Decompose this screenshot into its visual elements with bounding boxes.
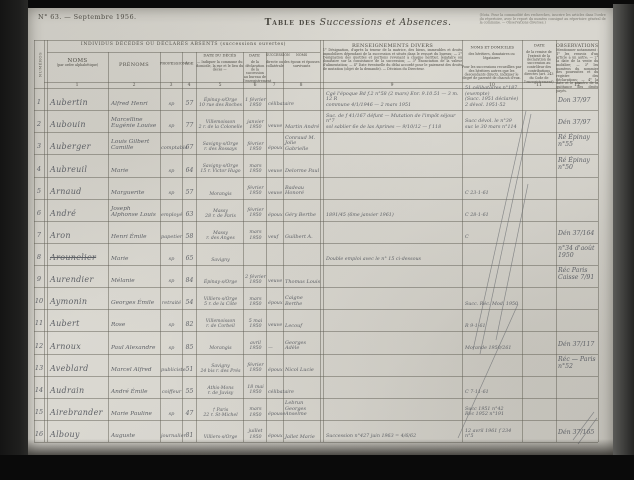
cell-spouse-name: Lecouf bbox=[285, 324, 321, 330]
scan-top-black-margin bbox=[0, 0, 634, 8]
cell-age: 77 bbox=[183, 122, 196, 129]
header-heritiers-text: Pour les successions recueillies par des… bbox=[462, 66, 522, 81]
cell-row-number: 14 bbox=[34, 386, 44, 394]
cell-firstnames: Marcelline Eugénie Louise bbox=[111, 117, 159, 129]
cell-row-number: 3 bbox=[34, 142, 44, 150]
table-row: 6 André Joseph Alphonse Louis employé 63… bbox=[34, 199, 598, 221]
cell-age: 51 bbox=[183, 366, 196, 373]
cell-age: 47 bbox=[183, 410, 196, 417]
cell-row-number: 15 bbox=[34, 408, 44, 416]
cell-heritiers: Succ. Réc. Mod. 1950 bbox=[465, 302, 521, 308]
column-number: 6 bbox=[254, 83, 257, 88]
header-declaration-sub: de la déclaration de la succession au bu… bbox=[243, 61, 266, 83]
cell-firstnames: Joseph Alphonse Louis bbox=[111, 206, 159, 218]
cell-age: 67 bbox=[183, 144, 196, 151]
cell-surname: Audrain bbox=[50, 386, 108, 395]
header-numeros-label: NUMÉROS bbox=[38, 45, 43, 85]
cell-renseignements: Cgé l'époque Bd f.2 n°58 (2 mars) Enr. 9… bbox=[326, 92, 460, 109]
cell-surname: Aurendier bbox=[50, 275, 108, 284]
cell-marital-status: veuve bbox=[268, 169, 283, 174]
table-row: 10 Aymonin Georges Émile retraité 54 Vil… bbox=[34, 287, 598, 309]
cell-heritiers: C 23-1-61 bbox=[465, 191, 521, 197]
cell-heritiers: Morande 1950/261 bbox=[465, 346, 521, 352]
cell-firstnames: Rose bbox=[111, 322, 159, 328]
cell-row-number: 8 bbox=[34, 253, 44, 261]
cell-heritiers: C 7-11-61 bbox=[465, 390, 521, 396]
cell-surname: Aubert bbox=[50, 319, 108, 328]
cell-surname: Aymonin bbox=[50, 297, 108, 306]
cell-domicile: Villemoisson 2 r. de la Colonelle bbox=[198, 120, 243, 130]
cell-row-number: 6 bbox=[34, 209, 44, 217]
cell-surname: Aubouin bbox=[50, 120, 108, 129]
table-row: 5 Arnaud Marguerite sp 57 Morangis févri… bbox=[34, 177, 598, 199]
cell-firstnames: Marguerite bbox=[111, 190, 159, 196]
cell-firstnames: Marcel Alfred bbox=[111, 367, 159, 373]
header-age: ÂGE bbox=[182, 62, 196, 69]
header-succession-label: SUCCESSION bbox=[266, 54, 283, 58]
cell-spouse-name: Thomas Louis bbox=[285, 280, 321, 286]
cell-domicile: Épinay-s/Orge 10 rue des Roches bbox=[198, 98, 243, 108]
cell-row-number: 1 bbox=[34, 98, 44, 106]
cell-observations: Dén 37/165 bbox=[558, 429, 597, 436]
cell-profession: employé bbox=[161, 212, 182, 218]
cell-spouse-name: Badeau Honoré bbox=[285, 186, 321, 197]
cell-death-date: avril 1950 bbox=[244, 341, 267, 352]
cell-observations: Ré Épinay n°55 bbox=[558, 134, 597, 148]
cell-profession: sp bbox=[161, 278, 182, 284]
cell-age: 82 bbox=[183, 321, 196, 328]
cell-surname: Aron bbox=[50, 231, 108, 240]
cell-domicile: Savigny bbox=[198, 258, 243, 263]
column-number: 1 bbox=[76, 83, 79, 88]
cell-death-date: mars 1950 bbox=[244, 407, 267, 418]
cell-marital-status: veuve bbox=[268, 191, 283, 196]
cell-row-number: 12 bbox=[34, 342, 44, 350]
corner-note: (Nota. Pour la commodité des recherches,… bbox=[480, 14, 606, 34]
cell-domicile: Morangis bbox=[198, 346, 243, 351]
cell-firstnames: Marie Pauline bbox=[111, 411, 159, 417]
table-row: 4 Aubreuil Marie sp 64 Savigny-s/Orge 15… bbox=[34, 154, 598, 176]
cell-observations: Dén 37/117 bbox=[558, 341, 597, 348]
cell-firstnames: Louis Gilbert Camille bbox=[111, 139, 159, 151]
cell-spouse-name: Georges Adèle bbox=[285, 341, 321, 352]
header-conjoint-label: NOMS bbox=[283, 54, 320, 58]
scan-bottom-black-margin bbox=[0, 455, 634, 480]
cell-age: 81 bbox=[183, 432, 196, 439]
column-number: 11 bbox=[536, 83, 542, 88]
cell-domicile: Savigny-s/Orge 15 r. Victor Hugo bbox=[198, 164, 243, 174]
cell-profession: papetier bbox=[161, 234, 182, 240]
page-title-main: Successions et Absences. bbox=[320, 17, 452, 28]
cell-marital-status: veuve bbox=[268, 323, 283, 328]
cell-death-date: mars 1950 bbox=[244, 164, 267, 175]
header-succession: SUCCESSION directe ou collatérale bbox=[266, 54, 283, 74]
header-conjoint: NOMS des époux et épouses survivants bbox=[283, 54, 320, 74]
cell-surname: André bbox=[50, 209, 108, 218]
cell-profession: sp bbox=[161, 411, 182, 417]
register-page: N° 63. — Septembre 1956. Table des Succe… bbox=[28, 8, 613, 455]
cell-domicile: Épinay-s/Orge bbox=[198, 280, 243, 285]
header-remise-sub: de la remise de l'extrait de la déclarat… bbox=[522, 51, 556, 84]
table-row: 9 Aurendier Mélanie sp 84 Épinay-s/Orge … bbox=[34, 265, 598, 287]
cell-heritiers: R 9-1-61 bbox=[465, 324, 521, 330]
cell-domicile: Massy 28 r. de Paris bbox=[198, 209, 243, 219]
cell-profession: sp bbox=[161, 190, 182, 196]
cell-firstnames: Marie bbox=[111, 256, 159, 262]
cell-row-number: 16 bbox=[34, 430, 44, 438]
cell-profession: sp bbox=[161, 123, 182, 129]
header-prenoms: PRÉNOMS bbox=[108, 62, 160, 68]
cell-firstnames: Paul Alexandre bbox=[111, 345, 159, 351]
table-row: 8 Arounelier Marie sp 65 Savigny Double … bbox=[34, 243, 598, 265]
cell-death-date: février 1950 bbox=[244, 142, 267, 153]
table-row: 2 Aubouin Marcelline Eugénie Louise sp 7… bbox=[34, 110, 598, 132]
cell-profession: sp bbox=[161, 256, 182, 262]
cell-profession: publiciste bbox=[161, 367, 182, 373]
column-number: 2 bbox=[133, 83, 136, 88]
cell-spouse-name: Nicol Lucie bbox=[285, 368, 321, 374]
cell-death-date: 1 février 1950 bbox=[244, 98, 267, 109]
column-number: 5 bbox=[219, 83, 222, 88]
cell-observations: Dén 37/97 bbox=[558, 119, 597, 126]
cell-profession: sp bbox=[161, 322, 182, 328]
cell-observations: Ré Épinay n°50 bbox=[558, 157, 597, 171]
page-title-prefix: Table des bbox=[265, 18, 316, 28]
cell-heritiers: Succ 1951 n°42 Réc 1952 n°191 bbox=[465, 407, 521, 418]
cell-age: 57 bbox=[183, 189, 196, 196]
cell-profession: sp bbox=[161, 101, 182, 107]
header-conjoint-sub: des époux et épouses survivants bbox=[283, 61, 320, 68]
cell-domicile: Villiers-s/Orge 5 r. de la Côte bbox=[198, 297, 243, 307]
cell-surname: Aubertin bbox=[50, 98, 108, 107]
cell-death-date: 18 mai 1950 bbox=[244, 385, 267, 396]
cell-heritiers: Succ dévol. le n°39 suc le 30 mars n°114 bbox=[465, 119, 521, 130]
column-number: 4 bbox=[188, 83, 191, 88]
cell-death-date: février 1950 bbox=[244, 363, 267, 374]
cell-observations: Réc Paris Caisse 7/91 bbox=[558, 267, 597, 281]
cell-spouse-name: Conraud M. Jolie Gabrielle bbox=[285, 136, 321, 153]
header-deces-sub: — Indiquer la commune du domicile, la ru… bbox=[196, 61, 243, 72]
cell-row-number: 9 bbox=[34, 275, 44, 283]
header-renseignements-text: 1° Désignation, d'après la teneur de la … bbox=[323, 49, 462, 71]
cell-age: 55 bbox=[183, 388, 196, 395]
cell-spouse-name: Géry Berthe bbox=[285, 213, 321, 219]
header-deces-label: DATE DU DÉCÈS bbox=[196, 54, 243, 58]
registry-table: NUMÉROS INDIVIDUS DÉCÉDÉS OU DÉCLARÉS AB… bbox=[34, 40, 598, 442]
cell-age: 57 bbox=[183, 100, 196, 107]
cell-firstnames: André Émile bbox=[111, 389, 159, 395]
cell-observations: Don 37/97 bbox=[558, 97, 597, 104]
column-number: 3 bbox=[170, 83, 173, 88]
cell-profession: comptable bbox=[161, 145, 182, 151]
table-row: 11 Aubert Rose sp 82 Villemoisson r. de … bbox=[34, 309, 598, 331]
cell-renseignements: Double emploi avec le n° 15 ci-dessous bbox=[326, 257, 460, 263]
corner-note-text: (Nota. Pour la commodité des recherches,… bbox=[480, 14, 606, 25]
column-number: 9 bbox=[391, 83, 394, 88]
cell-surname: Arounelier bbox=[50, 253, 108, 262]
cell-surname: Aubreuil bbox=[50, 165, 108, 174]
cell-marital-status: époux bbox=[268, 301, 283, 306]
cell-death-date: février 1950 bbox=[244, 186, 267, 197]
cell-row-number: 13 bbox=[34, 364, 44, 372]
table-row: 15 Airebrander Marie Pauline sp 47 † Par… bbox=[34, 398, 598, 420]
table-row: 3 Auberger Louis Gilbert Camille comptab… bbox=[34, 132, 598, 154]
cell-death-date: 5 mai 1950 bbox=[244, 319, 267, 330]
cell-age: 54 bbox=[183, 299, 196, 306]
scan-left-binding-edge bbox=[0, 0, 28, 480]
header-noms-sub: (par ordre alphabétique) bbox=[47, 64, 108, 68]
cell-domicile: Athis-Mons r. de Juvisy bbox=[198, 386, 243, 396]
cell-age: 63 bbox=[183, 211, 196, 218]
cell-age: 58 bbox=[183, 233, 196, 240]
cell-row-number: 5 bbox=[34, 187, 44, 195]
cell-row-number: 7 bbox=[34, 231, 44, 239]
cell-profession: retraité bbox=[161, 300, 182, 306]
cell-marital-status: célibataire bbox=[268, 102, 283, 107]
table-row: 1 Aubertin Alfred Henri sp 57 Épinay-s/O… bbox=[34, 88, 598, 110]
header-professions: PROFESSIONS bbox=[160, 62, 182, 69]
cell-domicile: Morangis bbox=[198, 192, 243, 197]
header-heritiers-label: NOMS ET DOMICILES bbox=[462, 46, 522, 50]
cell-heritiers: C 28-1-61 bbox=[465, 213, 521, 219]
cell-surname: Auberger bbox=[50, 142, 108, 151]
cell-domicile: † Paris 22 r. St-Michel bbox=[198, 408, 243, 418]
table-row: 13 Aveblard Marcel Alfred publiciste 51 … bbox=[34, 354, 598, 376]
header-band-title: INDIVIDUS DÉCÉDÉS OU DÉCLARÉS ABSENTS (s… bbox=[47, 42, 320, 47]
cell-profession: sp bbox=[161, 168, 182, 174]
cell-death-date: 2 février 1950 bbox=[244, 275, 267, 286]
cell-observations: n°34 d'août 1950 bbox=[558, 245, 597, 259]
cell-row-number: 11 bbox=[34, 319, 44, 327]
cell-observations: Dén 37/164 bbox=[558, 230, 597, 237]
cell-age: 64 bbox=[183, 167, 196, 174]
cell-firstnames: Alfred Henri bbox=[111, 101, 159, 107]
cell-age: 65 bbox=[183, 255, 196, 262]
cell-age: 84 bbox=[183, 277, 196, 284]
cell-surname: Arnoux bbox=[50, 342, 108, 351]
cell-renseignements: Suc. de f 41/167 défunt — Mutation de l'… bbox=[326, 114, 460, 131]
cell-marital-status: veuve bbox=[268, 124, 283, 129]
header-age-label: ÂGE bbox=[182, 62, 196, 66]
column-number: 8 bbox=[300, 83, 303, 88]
cell-surname: Albouy bbox=[50, 430, 108, 439]
table-row: 12 Arnoux Paul Alexandre sp 85 Morangis … bbox=[34, 331, 598, 353]
header-heritiers-sub: des héritiers, donataires ou légataires bbox=[462, 53, 522, 60]
cell-death-date: mars 1950 bbox=[244, 230, 267, 241]
table-row: 7 Aron Henri Émile papetier 58 Massy r. … bbox=[34, 221, 598, 243]
cell-firstnames: Mélanie bbox=[111, 278, 159, 284]
cell-row-number: 2 bbox=[34, 120, 44, 128]
cell-domicile: Massy r. des Anges bbox=[198, 231, 243, 241]
cell-marital-status: époux bbox=[268, 368, 283, 373]
cell-profession: sp bbox=[161, 345, 182, 351]
cell-heritiers: 51 célibataires n°187 (exempte) (Succ. 1… bbox=[465, 86, 521, 108]
header-declaration-label: DATE bbox=[243, 54, 266, 58]
cell-domicile: Savigny 24 bis r. des Prés bbox=[198, 364, 243, 374]
table-row: 14 Audrain André Émile coiffeur 55 Athis… bbox=[34, 376, 598, 398]
column-number: 12 bbox=[574, 83, 580, 88]
page-title: Table des Successions et Absences. bbox=[263, 17, 453, 28]
cell-profession: coiffeur bbox=[161, 389, 182, 395]
cell-death-date: février 1950 bbox=[244, 208, 267, 219]
scan-right-page-stack-edge bbox=[613, 4, 634, 476]
cell-marital-status: époux bbox=[268, 213, 283, 218]
page-number-label: N° 63. — Septembre 1956. bbox=[38, 13, 136, 21]
cell-spouse-name: Guilbert A. bbox=[285, 235, 321, 241]
cell-marital-status: époux bbox=[268, 146, 283, 151]
cell-surname: Airebrander bbox=[50, 408, 108, 417]
cell-spouse-name: Lebrun Georges Anselme bbox=[285, 401, 321, 418]
cell-row-number: 4 bbox=[34, 165, 44, 173]
header-remise-label: DATE bbox=[522, 44, 556, 48]
header-deces: DATE DU DÉCÈS — Indiquer la commune du d… bbox=[196, 54, 243, 81]
header-numeros: NUMÉROS bbox=[34, 40, 44, 88]
cell-heritiers: C bbox=[465, 235, 521, 241]
cell-marital-status: veuve bbox=[268, 279, 283, 284]
cell-marital-status: veuf bbox=[268, 235, 283, 240]
cell-death-date: mars 1950 bbox=[244, 297, 267, 308]
cell-observations: Réc — Paris n°52 bbox=[558, 356, 597, 370]
header-prenoms-label: PRÉNOMS bbox=[108, 62, 160, 68]
cell-spouse-name: Caigne Berthe bbox=[285, 296, 321, 307]
cell-domicile: Villemoisson r. de Corbeil bbox=[198, 319, 243, 329]
header-noms: NOMS (par ordre alphabétique) bbox=[47, 58, 108, 71]
column-number: 7 bbox=[273, 83, 276, 88]
cell-surname: Arnaud bbox=[50, 187, 108, 196]
cell-firstnames: Marie bbox=[111, 168, 159, 174]
grid-vline bbox=[598, 40, 599, 442]
cell-renseignements: 1891/45 (6me janvier 1961) bbox=[326, 213, 460, 219]
cell-surname: Aveblard bbox=[50, 364, 108, 373]
cell-age: 85 bbox=[183, 344, 196, 351]
header-succession-sub: directe ou collatérale bbox=[266, 61, 283, 68]
cell-domicile: Savigny-s/Orge r. des Rossays bbox=[198, 142, 243, 152]
scanned-register-view: N° 63. — Septembre 1956. Table des Succe… bbox=[0, 0, 634, 480]
cell-marital-status: — bbox=[268, 346, 283, 351]
cell-marital-status: épouse bbox=[268, 412, 283, 417]
cell-firstnames: Henri Émile bbox=[111, 234, 159, 240]
header-professions-label: PROFESSIONS bbox=[160, 62, 182, 66]
cell-spouse-name: Delorme Paul bbox=[285, 169, 321, 175]
cell-spouse-name: Martin André bbox=[285, 125, 321, 131]
page-bottom-shadow bbox=[28, 439, 613, 455]
cell-death-date: janvier 1950 bbox=[244, 120, 267, 131]
cell-marital-status: célibataire bbox=[268, 390, 283, 395]
cell-row-number: 10 bbox=[34, 297, 44, 305]
table-rows: 1 Aubertin Alfred Henri sp 57 Épinay-s/O… bbox=[34, 88, 598, 442]
cell-firstnames: Georges Émile bbox=[111, 300, 159, 306]
